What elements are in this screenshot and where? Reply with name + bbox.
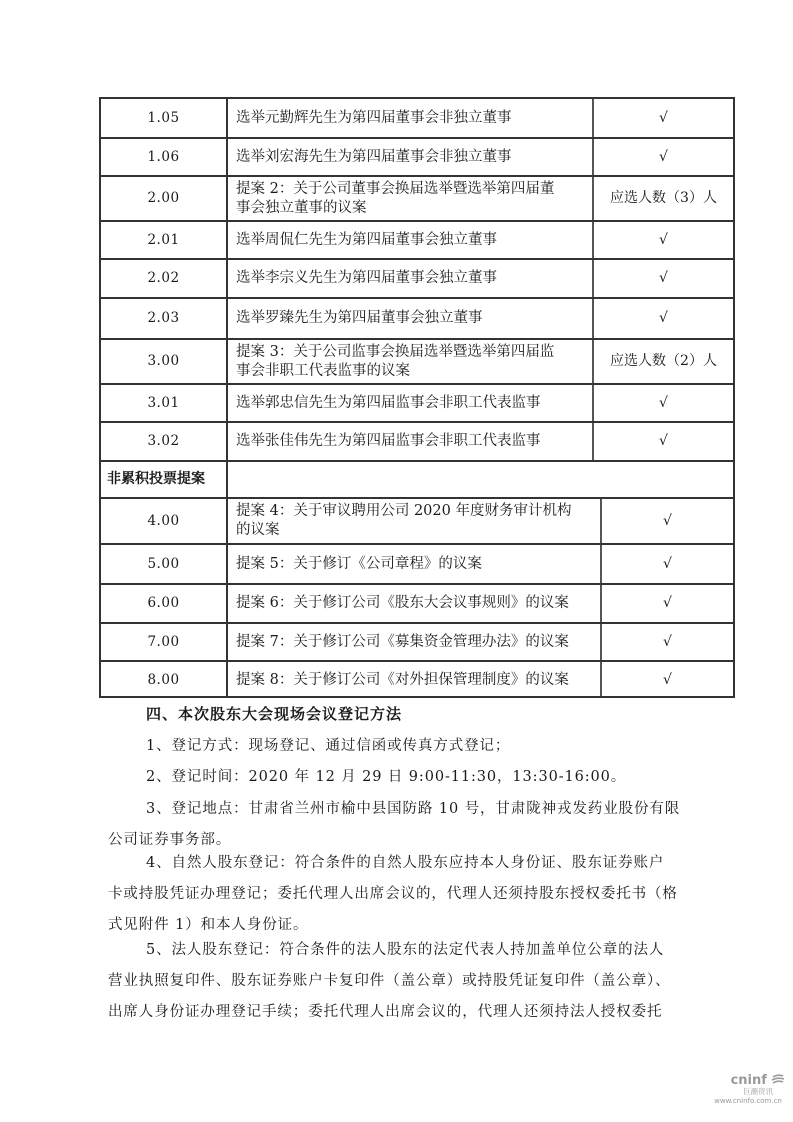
table-row: 2.01 选举周侃仁先生为第四届董事会独立董事 √ [99, 220, 735, 258]
proposal-name: 选举元勤辉先生为第四届董事会非独立董事 [228, 99, 592, 137]
paragraph-line: 1、登记方式：现场登记、通过信函或传真方式登记； [108, 731, 728, 762]
proposal-name-line: 的议案 [236, 521, 280, 540]
proposal-code: 1.06 [99, 139, 228, 175]
table-row: 7.00 提案 7：关于修订公司《募集资金管理办法》的议案 √ [99, 622, 735, 660]
proposal-code: 2.02 [99, 260, 228, 297]
proposal-name: 提案 6：关于修订公司《股东大会议事规则》的议案 [228, 585, 600, 622]
proposal-name: 提案 8：关于修订公司《对外担保管理制度》的议案 [228, 662, 600, 698]
seats-to-elect: 应选人数（2）人 [592, 340, 735, 383]
proposal-code: 4.00 [99, 499, 228, 543]
vote-mark: √ [600, 662, 735, 698]
proposal-name-line: 事会独立董事的议案 [236, 199, 367, 218]
proposal-name: 选举张佳伟先生为第四届监事会非职工代表监事 [228, 423, 592, 460]
table-row: 4.00 提案 4：关于审议聘用公司 2020 年度财务审计机构 的议案 √ [99, 497, 735, 543]
vote-mark: √ [600, 499, 735, 543]
paragraph-line: 营业执照复印件、股东证券账户卡复印件（盖公章）或持股凭证复印件（盖公章）、 [108, 966, 728, 997]
proposal-name-line: 事会非职工代表监事的议案 [236, 362, 410, 381]
seats-to-elect: 应选人数（3）人 [592, 177, 735, 220]
vote-mark: √ [600, 545, 735, 583]
empty-cell [228, 462, 735, 497]
paragraph-natural-person: 4、自然人股东登记：符合条件的自然人股东应持本人身份证、股东证券账户 卡或持股凭… [108, 848, 728, 941]
section-title: 四、本次股东大会现场会议登记方法 [146, 703, 402, 724]
proposal-name: 提案 3：关于公司监事会换届选举暨选举第四届监 事会非职工代表监事的议案 [228, 340, 592, 383]
proposal-code: 7.00 [99, 624, 228, 660]
proposal-code: 6.00 [99, 585, 228, 622]
table-bottom-border [99, 696, 735, 698]
vote-mark: √ [592, 139, 735, 175]
cninfo-watermark: cninf 巨潮资讯 www.cninfo.com.cn [722, 1073, 793, 1105]
watermark-url: www.cninfo.com.cn [702, 1097, 793, 1105]
proposal-name-line: 提案 3：关于公司监事会换届选举暨选举第四届监 [236, 343, 554, 362]
vote-mark: √ [600, 585, 735, 622]
proposal-code: 3.01 [99, 385, 228, 421]
proposal-name: 选举李宗义先生为第四届董事会独立董事 [228, 260, 592, 297]
vote-mark: √ [592, 222, 735, 258]
vote-mark: √ [592, 260, 735, 297]
proposal-name: 选举周侃仁先生为第四届董事会独立董事 [228, 222, 592, 258]
paragraph-line: 卡或持股凭证办理登记；委托代理人出席会议的，代理人还须持股东授权委托书（格 [108, 879, 728, 910]
vote-mark: √ [592, 385, 735, 421]
cninfo-logo-icon [771, 1074, 785, 1085]
vote-mark: √ [592, 423, 735, 460]
paragraph-registration-method: 1、登记方式：现场登记、通过信函或传真方式登记； [108, 731, 728, 762]
proposal-code: 8.00 [99, 662, 228, 698]
proposal-name: 提案 7：关于修订公司《募集资金管理办法》的议案 [228, 624, 600, 660]
paragraph-line: 3、登记地点：甘肃省兰州市榆中县国防路 10 号，甘肃陇神戎发药业股份有限 [108, 794, 728, 825]
non-cumulative-heading: 非累积投票提案 [99, 462, 228, 497]
document-page: 1.05 选举元勤辉先生为第四届董事会非独立董事 √ 1.06 选举刘宏海先生为… [0, 0, 793, 1122]
proposal-name: 选举郭忠信先生为第四届监事会非职工代表监事 [228, 385, 592, 421]
table-row: 2.02 选举李宗义先生为第四届董事会独立董事 √ [99, 258, 735, 297]
proposal-name: 提案 4：关于审议聘用公司 2020 年度财务审计机构 的议案 [228, 499, 600, 543]
section-heading-row: 非累积投票提案 [99, 460, 735, 497]
proposal-code: 2.00 [99, 177, 228, 220]
table-row: 8.00 提案 8：关于修订公司《对外担保管理制度》的议案 √ [99, 660, 735, 698]
proposal-code: 2.01 [99, 222, 228, 258]
paragraph-line: 出席人身份证办理登记手续；委托代理人出席会议的，代理人还须持法人授权委托 [108, 997, 728, 1028]
proposal-name: 提案 5：关于修订《公司章程》的议案 [228, 545, 600, 583]
vote-mark: √ [592, 99, 735, 137]
table-row: 2.00 提案 2：关于公司董事会换届选举暨选举第四届董 事会独立董事的议案 应… [99, 175, 735, 220]
proposal-code: 3.02 [99, 423, 228, 460]
paragraph-line: 4、自然人股东登记：符合条件的自然人股东应持本人身份证、股东证券账户 [108, 848, 728, 879]
proposal-code: 3.00 [99, 340, 228, 383]
proposal-name: 选举罗臻先生为第四届董事会独立董事 [228, 299, 592, 338]
vote-mark: √ [600, 624, 735, 660]
paragraph-line: 5、法人股东登记：符合条件的法人股东的法定代表人持加盖单位公章的法人 [108, 935, 728, 966]
proposal-code: 5.00 [99, 545, 228, 583]
proposal-code: 1.05 [99, 99, 228, 137]
proposal-name: 提案 2：关于公司董事会换届选举暨选举第四届董 事会独立董事的议案 [228, 177, 592, 220]
table-row: 5.00 提案 5：关于修订《公司章程》的议案 √ [99, 543, 735, 583]
table-row: 1.06 选举刘宏海先生为第四届董事会非独立董事 √ [99, 137, 735, 175]
paragraph-legal-person: 5、法人股东登记：符合条件的法人股东的法定代表人持加盖单位公章的法人 营业执照复… [108, 935, 728, 1028]
vote-mark: √ [592, 299, 735, 338]
table-row: 3.01 选举郭忠信先生为第四届监事会非职工代表监事 √ [99, 383, 735, 421]
paragraph-registration-location: 3、登记地点：甘肃省兰州市榆中县国防路 10 号，甘肃陇神戎发药业股份有限 公司… [108, 794, 728, 856]
table-row: 6.00 提案 6：关于修订公司《股东大会议事规则》的议案 √ [99, 583, 735, 622]
table-row: 1.05 选举元勤辉先生为第四届董事会非独立董事 √ [99, 97, 735, 137]
table-row: 3.02 选举张佳伟先生为第四届监事会非职工代表监事 √ [99, 421, 735, 460]
proposal-code: 2.03 [99, 299, 228, 338]
paragraph-registration-time: 2、登记时间：2020 年 12 月 29 日 9:00-11:30，13:30… [108, 762, 728, 793]
proposal-name-line: 提案 4：关于审议聘用公司 2020 年度财务审计机构 [236, 502, 571, 521]
paragraph-line: 2、登记时间：2020 年 12 月 29 日 9:00-11:30，13:30… [108, 762, 728, 793]
table-row: 2.03 选举罗臻先生为第四届董事会独立董事 √ [99, 297, 735, 338]
proposal-name: 选举刘宏海先生为第四届董事会非独立董事 [228, 139, 592, 175]
table-row: 3.00 提案 3：关于公司监事会换届选举暨选举第四届监 事会非职工代表监事的议… [99, 338, 735, 383]
proposal-name-line: 提案 2：关于公司董事会换届选举暨选举第四届董 [236, 180, 554, 199]
